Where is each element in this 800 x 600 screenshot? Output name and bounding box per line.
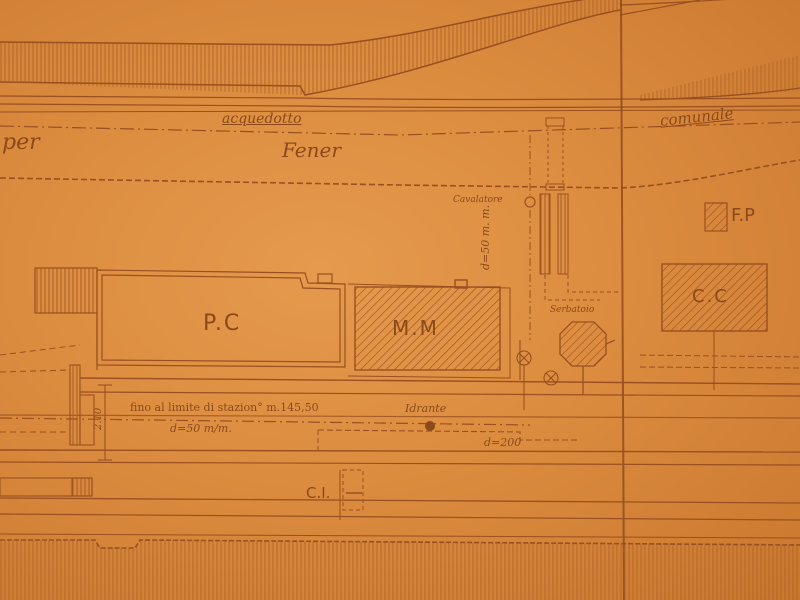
serbatoio-tank: [560, 322, 615, 395]
track-lines: [0, 345, 800, 520]
cc-building-outline: [640, 264, 800, 390]
building-label-fp: F.P: [731, 207, 755, 225]
left-signal-post: [0, 365, 112, 496]
d200-label: d=200: [484, 437, 521, 448]
dim-210-label: 2.10: [94, 408, 104, 430]
valve-symbols: [517, 340, 558, 410]
d50-label: d=50 m/m.: [170, 423, 232, 434]
vertical-distance-label: d=50 m. m.: [480, 205, 491, 270]
building-label-pc: P.C: [203, 313, 241, 335]
station-plan-drawing: per Fener acquedotto comunale P.C M.M C.…: [0, 0, 800, 600]
building-label-cc: C.C: [692, 288, 729, 306]
ci-post: [340, 470, 363, 520]
idrante-label: Idrante: [405, 403, 446, 414]
aqueduct-label-left: acquedotto: [222, 112, 302, 126]
fp-box: [705, 203, 727, 231]
station-limit-label: fino al limite di stazion° m.145,50: [130, 402, 319, 413]
road-label-fener: Fener: [282, 140, 341, 160]
top-embankment: [0, 0, 800, 100]
pc-building-outline: [35, 268, 345, 370]
building-label-ci: C.I.: [306, 486, 330, 501]
sheet-fold: [621, 0, 624, 600]
building-label-mm: M.M: [392, 318, 439, 338]
hydrant-line: [318, 430, 580, 440]
road-dashed-boundary: [0, 160, 800, 188]
bottom-embankment: [0, 534, 800, 600]
hydrant-dot: [425, 421, 435, 431]
cavalatore-label: Cavalatore: [453, 196, 503, 205]
plan-linework: [0, 0, 800, 600]
serbatoio-label: Serbatoio: [550, 306, 594, 315]
road-label-per: per: [2, 132, 40, 154]
